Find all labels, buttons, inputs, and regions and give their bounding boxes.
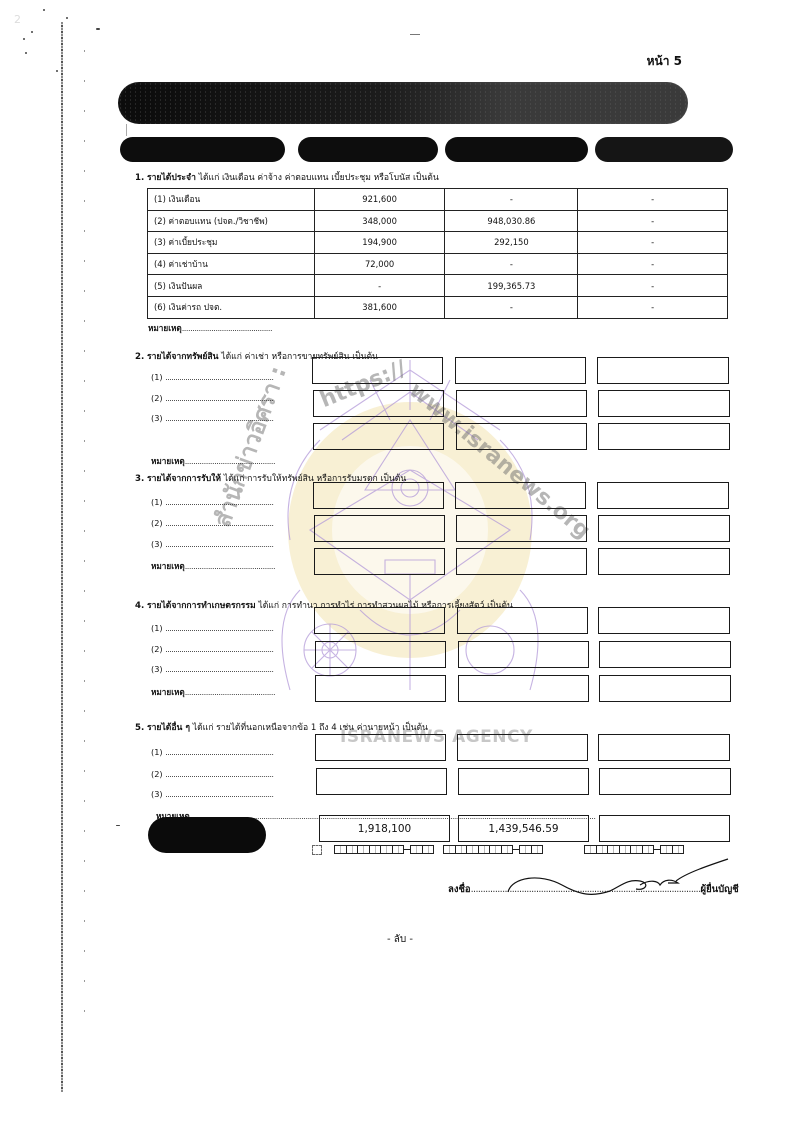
section-heading: รายได้จากทรัพย์สิน [147,352,219,362]
amount-field-s2-r3-c2[interactable] [456,423,587,450]
section-heading: รายได้จากการรับให้ [147,474,221,484]
margin-guide-line [84,22,85,1022]
amount-field-s3-r2-c2[interactable] [456,515,587,542]
amount-field-s2-r2-c1[interactable] [313,390,444,417]
digit-cell [584,845,596,854]
section-description: ได้แก่ รายได้ที่นอกเหนือจากข้อ 1 ถึง 4 เ… [193,723,428,733]
section-heading: รายได้ประจำ [147,173,196,183]
income-value-col-3: - [578,210,728,232]
page-number: หน้า 5 [647,52,682,71]
item-dots: ........................................… [165,664,273,674]
digit-cell [519,845,531,854]
income-value-col-1: 194,900 [314,232,445,254]
digit-cell [478,845,490,854]
item-dots: ........................................… [165,789,273,799]
amount-field-s2-r2-c3[interactable] [598,390,730,417]
amount-field-s3-r2-c1[interactable] [314,515,445,542]
item-number: (1) [151,497,163,507]
income-value-col-1: 348,000 [314,210,445,232]
digit-cell [607,845,619,854]
section-description: ได้แก่ เงินเดือน ค่าจ้าง ค่าตอบแทน เบี้ย… [199,173,439,183]
scan-speck [25,52,27,54]
income-row: (2) ค่าตอบแทน (ปจต./วิชาชีพ)348,000948,0… [148,210,728,232]
digit-grid-1 [334,845,434,854]
amount-field-s4-r1-c1[interactable] [314,607,445,634]
redacted-column-header [595,137,733,162]
redacted-total-label [148,817,266,853]
total-value-1: 1,918,100 [319,815,450,842]
amount-field-s3-r3-c1[interactable] [314,548,445,575]
amount-field-s2-r2-c2[interactable] [456,390,587,417]
item-dots: ........................................… [165,747,273,757]
amount-field-s2-r1-c1[interactable] [312,357,443,384]
amount-field-s2-r1-c2[interactable] [455,357,586,384]
amount-field-s3-r1-c2[interactable] [455,482,586,509]
note-label: หมายเหตุ [148,323,182,333]
income-row: (3) ค่าเบี้ยประชุม194,900292,150- [148,232,728,254]
income-value-col-2: 292,150 [445,232,578,254]
scan-speck [410,34,420,35]
item-dots: ........................................… [165,644,273,654]
note-dots: ........................................… [185,561,275,571]
amount-field-s2-r3-c1[interactable] [313,423,444,450]
income-value-col-1: 72,000 [314,253,445,275]
section-number: 5. [135,723,144,733]
item-dots: ........................................… [165,518,273,528]
amount-field-s4-r3-c2[interactable] [458,675,589,702]
item-line: (3) ....................................… [151,664,273,674]
income-value-col-2: - [445,296,578,318]
item-line: (2) ....................................… [151,393,273,403]
scan-speck [56,70,58,72]
item-number: (2) [151,393,163,403]
section-4-note: หมายเหตุ................................… [151,686,275,699]
total-value-2: 1,439,546.59 [458,815,589,842]
redacted-column-header [445,137,588,162]
item-number: (1) [151,372,163,382]
item-number: (3) [151,539,163,549]
item-line: (2) ....................................… [151,518,273,528]
digit-cell [392,845,404,854]
digit-cell [501,845,513,854]
amount-field-s3-r3-c2[interactable] [456,548,587,575]
scan-speck [116,825,120,826]
note-dots: ........................................… [185,687,275,697]
income-row-label: (5) เงินปันผล [148,275,315,297]
income-row-label: (4) ค่าเช่าบ้าน [148,253,315,275]
amount-field-s4-r1-c3[interactable] [598,607,730,634]
banner-tick [126,124,127,136]
note-label: หมายเหตุ [151,687,185,697]
item-line: (3) ....................................… [151,789,273,799]
digit-cell [380,845,392,854]
amount-field-s4-r3-c1[interactable] [315,675,446,702]
digit-cell [531,845,543,854]
amount-field-s5-r1-c2[interactable] [457,734,588,761]
handwritten-signature [500,855,730,905]
digit-group [443,845,513,854]
income-value-col-2: - [445,189,578,211]
income-row-label: (6) เงินค่ารถ ปจต. [148,296,315,318]
item-number: (2) [151,644,163,654]
amount-field-s5-r1-c1[interactable] [315,734,446,761]
amount-field-s3-r3-c3[interactable] [598,548,730,575]
scan-speck [23,38,25,40]
digit-grid-3 [584,845,684,854]
digit-group [410,845,434,854]
section-number: 2. [135,352,144,362]
item-dots: ........................................… [165,769,273,779]
note-label: หมายเหตุ [151,456,185,466]
section-2-note: หมายเหตุ................................… [151,455,275,468]
item-line: (3) ....................................… [151,413,273,423]
digit-cell [422,845,434,854]
digit-group [660,845,684,854]
digit-cell [619,845,631,854]
amount-field-s3-r1-c3[interactable] [597,482,729,509]
item-dots: ........................................… [165,623,273,633]
digit-cell [489,845,501,854]
checkbox-square [312,845,322,855]
section-number: 3. [135,474,144,484]
amount-field-s5-r2-c2[interactable] [458,768,589,795]
income-row: (5) เงินปันผล-199,365.73- [148,275,728,297]
amount-field-s4-r2-c3[interactable] [599,641,731,668]
item-line: (1) ....................................… [151,623,273,633]
item-dots: ........................................… [165,539,273,549]
total-value-3 [599,815,730,842]
regular-income-table: (1) เงินเดือน921,600--(2) ค่าตอบแทน (ปจต… [147,188,728,319]
signature-label: ลงชื่อ [448,884,471,895]
item-line: (1) ....................................… [151,747,273,757]
scan-speck [31,31,33,33]
digit-cell [357,845,369,854]
digit-cell [642,845,654,854]
digit-cell [596,845,608,854]
income-value-col-3: - [578,296,728,318]
note-dots: ........................................… [185,456,275,466]
section-3-note: หมายเหตุ................................… [151,560,275,573]
income-value-col-2: 199,365.73 [445,275,578,297]
income-value-col-3: - [578,232,728,254]
digit-cell [443,845,455,854]
item-line: (2) ....................................… [151,644,273,654]
amount-field-s4-r2-c2[interactable] [458,641,589,668]
note-dots: ........................................… [182,323,272,333]
income-value-col-3: - [578,189,728,211]
section-number: 1. [135,173,144,183]
section-number: 4. [135,601,144,611]
income-value-col-1: - [314,275,445,297]
income-row-label: (1) เงินเดือน [148,189,315,211]
redacted-column-header [120,137,285,162]
income-value-col-1: 921,600 [314,189,445,211]
redacted-column-header [298,137,438,162]
item-number: (3) [151,413,163,423]
digit-cell [410,845,422,854]
amount-field-s5-r2-c1[interactable] [316,768,447,795]
section-heading: รายได้จากการทำเกษตรกรรม [147,601,256,611]
income-value-col-1: 381,600 [314,296,445,318]
digit-grid-2 [443,845,543,854]
income-row: (4) ค่าเช่าบ้าน72,000-- [148,253,728,275]
digit-group [334,845,404,854]
section-1-title: 1. รายได้ประจำ ได้แก่ เงินเดือน ค่าจ้าง … [135,170,439,184]
digit-cell [630,845,642,854]
item-number: (3) [151,664,163,674]
banner-number: 2 [14,13,21,26]
amount-field-s5-r1-c3[interactable] [598,734,730,761]
digit-cell [346,845,358,854]
income-value-col-2: - [445,253,578,275]
amount-field-s3-r2-c3[interactable] [598,515,730,542]
item-line: (1) ....................................… [151,497,273,507]
section-1-note: หมายเหตุ................................… [148,322,272,335]
income-value-col-3: - [578,253,728,275]
digit-cell [455,845,467,854]
amount-field-s2-r1-c3[interactable] [597,357,729,384]
item-number: (3) [151,789,163,799]
item-dots: ........................................… [165,393,273,403]
income-value-col-2: 948,030.86 [445,210,578,232]
digit-group [519,845,543,854]
income-row: (6) เงินค่ารถ ปจต.381,600-- [148,296,728,318]
item-line: (2) ....................................… [151,769,273,779]
digit-cell [466,845,478,854]
item-number: (1) [151,623,163,633]
item-dots: ........................................… [165,497,273,507]
income-row-label: (2) ค่าตอบแทน (ปจต./วิชาชีพ) [148,210,315,232]
digit-cell [334,845,346,854]
income-row-label: (3) ค่าเบี้ยประชุม [148,232,315,254]
item-line: (1) ....................................… [151,372,273,382]
redacted-header-banner [118,82,688,124]
item-line: (3) ....................................… [151,539,273,549]
item-number: (2) [151,518,163,528]
scan-speck [66,17,68,19]
income-value-col-3: - [578,275,728,297]
section-5-title: 5. รายได้อื่น ๆ ได้แก่ รายได้ที่นอกเหนือ… [135,720,428,734]
item-dots: ........................................… [165,372,273,382]
amount-field-s3-r1-c1[interactable] [313,482,444,509]
scan-speck [96,28,100,30]
amount-field-s4-r1-c2[interactable] [457,607,588,634]
scan-speck [43,9,45,11]
footer-classification: - ลับ - [0,932,800,947]
digit-group [584,845,654,854]
amount-field-s4-r2-c1[interactable] [315,641,446,668]
item-number: (1) [151,747,163,757]
amount-field-s2-r3-c3[interactable] [598,423,730,450]
amount-field-s5-r2-c3[interactable] [599,768,731,795]
income-row: (1) เงินเดือน921,600-- [148,189,728,211]
item-number: (2) [151,769,163,779]
digit-cell [369,845,381,854]
note-label: หมายเหตุ [151,561,185,571]
digit-cell [672,845,684,854]
digit-cell [660,845,672,854]
amount-field-s4-r3-c3[interactable] [599,675,731,702]
item-dots: ........................................… [165,413,273,423]
section-heading: รายได้อื่น ๆ [147,723,190,733]
